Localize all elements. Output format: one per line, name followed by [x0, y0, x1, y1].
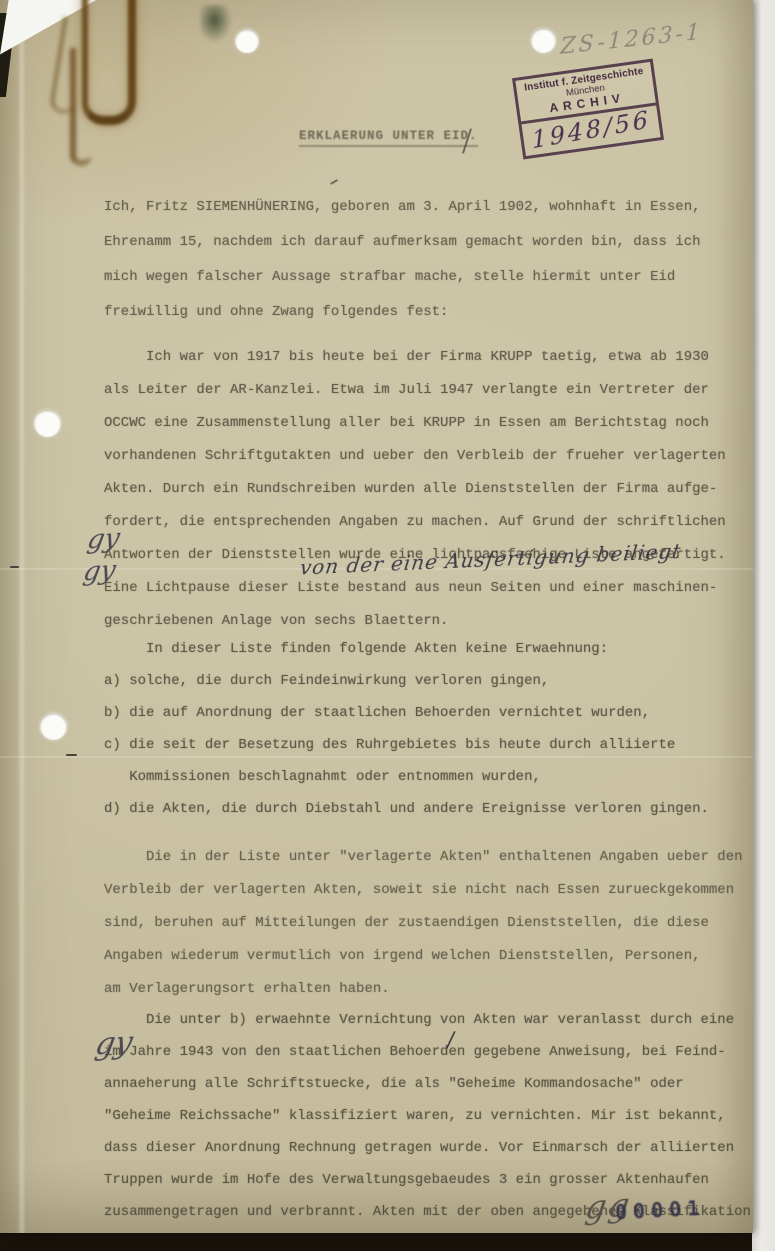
typed-line: Angaben wiederum vermutlich von irgend w…	[104, 940, 743, 973]
paperclip-rust-stain	[56, 0, 142, 165]
paragraph-relocated-files: Die in der Liste unter "verlagerte Akten…	[104, 841, 743, 1006]
paragraph-missing-files: In dieser Liste finden folgende Akten ke…	[104, 633, 709, 825]
paragraph-krupp-list: Ich war von 1917 bis heute bei der Firma…	[104, 341, 726, 638]
typed-line: freiwillig und ohne Zwang folgendes fest…	[104, 295, 701, 330]
document-page: ZS-1263-1 Institut f. Zeitgeschichte Mün…	[0, 0, 753, 1233]
typed-line: a) solche, die durch Feindeinwirkung ver…	[104, 665, 709, 697]
punch-hole	[531, 28, 556, 53]
pencil-catalog-number: ZS-1263-1	[560, 17, 730, 60]
typed-line: Kommissionen beschlagnahmt oder entnomme…	[104, 761, 709, 793]
document-title: ERKLAERUNG UNTER EID.	[299, 129, 478, 147]
typed-line: als Leiter der AR-Kanzlei. Etwa im Juli …	[104, 374, 726, 407]
typed-line: c) die seit der Besetzung des Ruhrgebiet…	[104, 729, 709, 761]
typed-line: im Jahre 1943 von den staatlichen Behoer…	[104, 1036, 751, 1068]
paragraph-oath-intro: Ich, Fritz SIEMENHÜNERING, geboren am 3.…	[104, 190, 701, 330]
typed-line: Truppen wurde im Hofe des Verwaltungsgeb…	[104, 1164, 751, 1196]
typed-line: Die in der Liste unter "verlagerte Akten…	[104, 841, 743, 874]
margin-initials: gy	[81, 555, 118, 587]
typed-line: sind, beruhen auf Mitteilungen der zusta…	[104, 907, 743, 940]
paperclip-outer-stain	[82, 0, 136, 125]
typed-line: mich wegen falscher Aussage strafbar mac…	[104, 260, 701, 295]
paragraph-destruction: Die unter b) erwaehnte Vernichtung von A…	[104, 1004, 751, 1228]
pencil-tick	[330, 179, 338, 185]
typed-line: Ich, Fritz SIEMENHÜNERING, geboren am 3.…	[104, 190, 701, 225]
typed-line: am Verlagerungsort erhalten haben.	[104, 973, 743, 1006]
typed-line: b) die auf Anordnung der staatlichen Beh…	[104, 697, 709, 729]
vertical-fold-line	[17, 0, 26, 1233]
typed-line: fordert, die entsprechenden Angaben zu m…	[104, 506, 726, 539]
edge-mark	[66, 754, 77, 756]
typed-line: dass dieser Anordnung Rechnung getragen …	[104, 1132, 751, 1164]
punch-hole	[34, 410, 61, 437]
page-number-stamp: 00001	[614, 1196, 705, 1225]
typed-line: annaeherung alle Schriftstuecke, die als…	[104, 1068, 751, 1100]
typed-line: Akten. Durch ein Rundschreiben wurden al…	[104, 473, 726, 506]
archive-stamp: Institut f. Zeitgeschichte München ARCHI…	[512, 59, 664, 160]
punch-hole	[235, 29, 259, 53]
typed-line: Verbleib der verlagerten Akten, soweit s…	[104, 874, 743, 907]
staple-smudge	[200, 5, 232, 43]
typed-line: Eine Lichtpause dieser Liste bestand aus…	[104, 572, 726, 605]
typed-line: Die unter b) erwaehnte Vernichtung von A…	[104, 1004, 751, 1036]
edge-mark	[10, 566, 19, 568]
margin-initials: gy	[85, 523, 122, 555]
scanner-background-strip	[752, 0, 775, 1251]
typed-line: vorhandenen Schriftgutakten und ueber de…	[104, 440, 726, 473]
typed-line: "Geheime Reichssache" klassifiziert ware…	[104, 1100, 751, 1132]
typed-line: Ich war von 1917 bis heute bei der Firma…	[104, 341, 726, 374]
typed-line: Ehrenamm 15, nachdem ich darauf aufmerks…	[104, 225, 701, 260]
margin-initials: gy	[93, 1025, 136, 1062]
typed-line: OCCWC eine Zusammenstellung aller bei KR…	[104, 407, 726, 440]
punch-hole	[40, 713, 67, 740]
typed-line: d) die Akten, die durch Diebstahl und an…	[104, 793, 709, 825]
typed-line: In dieser Liste finden folgende Akten ke…	[104, 633, 709, 665]
